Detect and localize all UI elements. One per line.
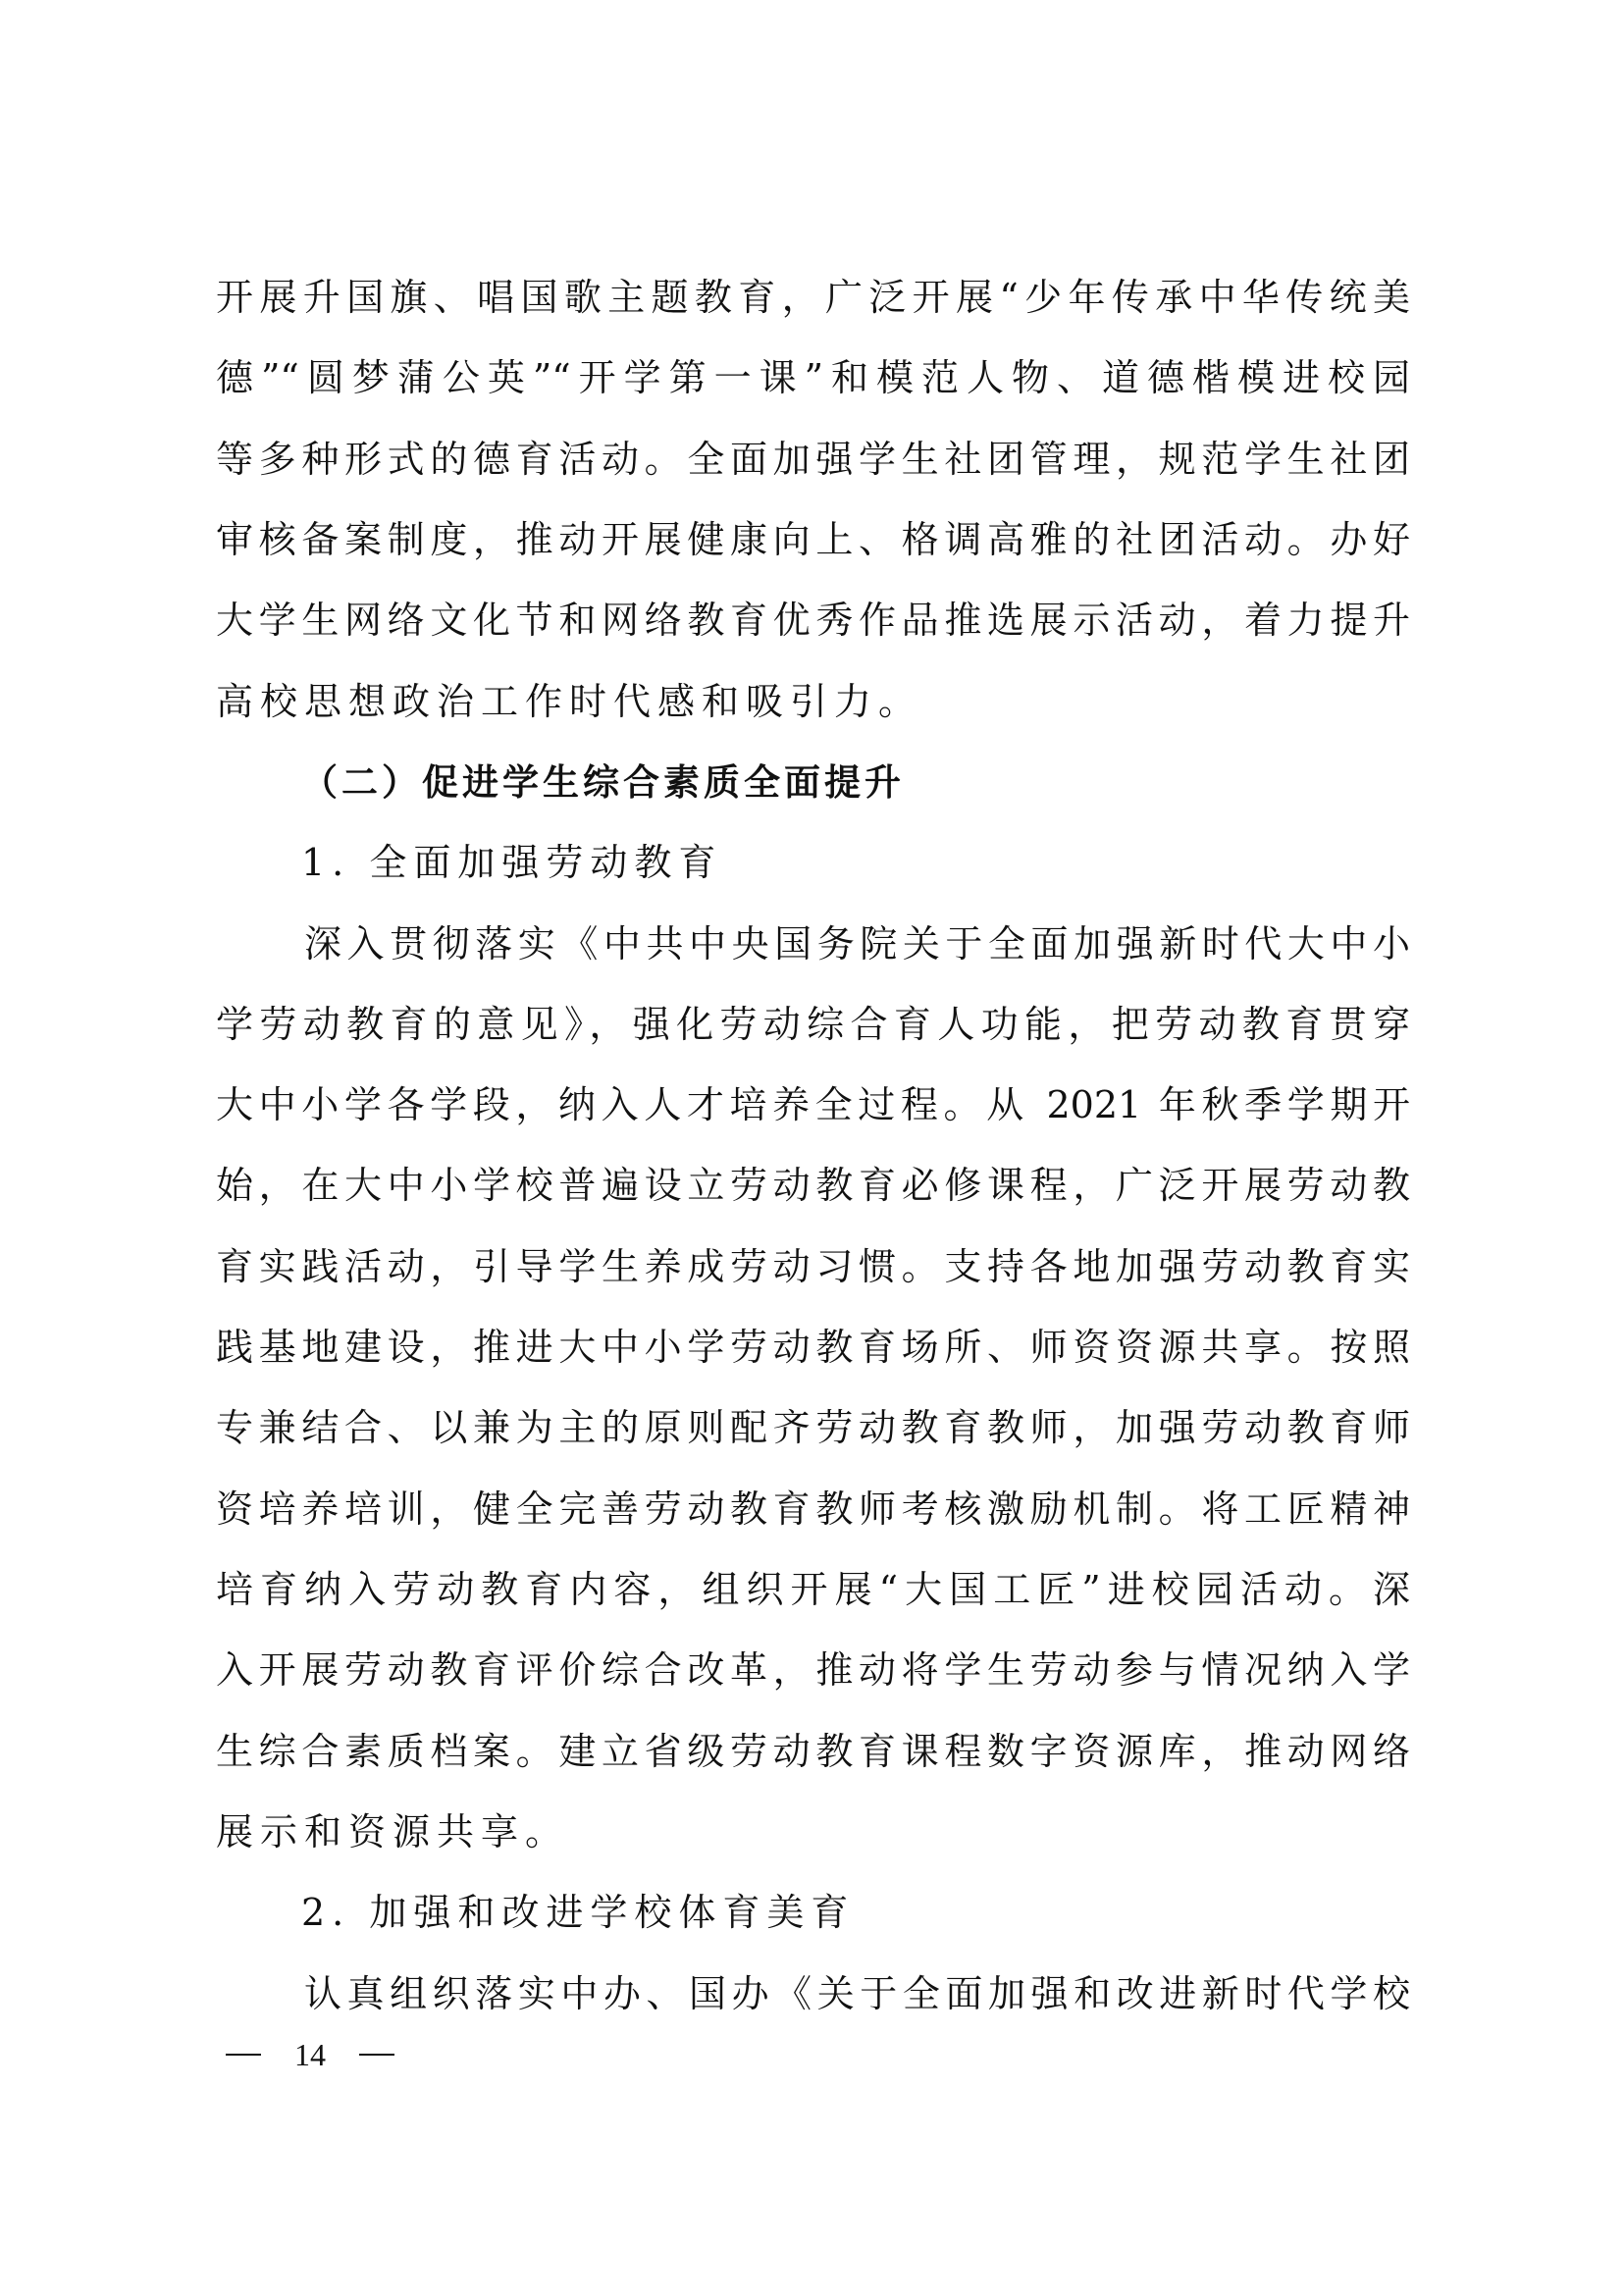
body-line: 生综合素质档案。建立省级劳动教育课程数字资源库，推动网络: [216, 1727, 1410, 1776]
body-line: 德”“圆梦蒲公英”“开学第一课”和模范人物、道德楷模进校园: [216, 353, 1410, 402]
body-line: 学劳动教育的意见》，强化劳动综合育人功能，把劳动教育贯穿: [216, 1000, 1410, 1049]
page-number-footer: 14: [226, 2035, 394, 2074]
section-heading: （二）促进学生综合素质全面提升: [301, 757, 905, 807]
page-number: 14: [294, 2035, 326, 2074]
body-line: 专兼结合、以兼为主的原则配齐劳动教育教师，加强劳动教育师: [216, 1403, 1410, 1452]
body-line: 入开展劳动教育评价综合改革，推动将学生劳动参与情况纳入学: [216, 1645, 1410, 1695]
body-line: 资培养培训，健全完善劳动教育教师考核激励机制。将工匠精神: [216, 1485, 1410, 1534]
subsection-heading-2: 2. 加强和改进学校体育美育: [301, 1888, 855, 1937]
body-line: 认真组织落实中办、国办《关于全面加强和改进新时代学校: [304, 1969, 1410, 2018]
body-line: 大中小学各学段，纳入人才培养全过程。从 2021 年秋季学期开: [216, 1080, 1410, 1129]
body-line: 开展升国旗、唱国歌主题教育，广泛开展“少年传承中华传统美: [216, 273, 1410, 322]
body-line: 深入贯彻落实《中共中央国务院关于全面加强新时代大中小: [304, 919, 1410, 968]
body-line: 育实践活动，引导学生养成劳动习惯。支持各地加强劳动教育实: [216, 1242, 1410, 1291]
dash-left-icon: [226, 2054, 261, 2056]
body-line: 高校思想政治工作时代感和吸引力。: [216, 677, 1410, 726]
body-line: 等多种形式的德育活动。全面加强学生社团管理，规范学生社团: [216, 435, 1410, 484]
body-line: 培育纳入劳动教育内容，组织开展“大国工匠”进校园活动。深: [216, 1565, 1410, 1614]
subsection-heading-1: 1. 全面加强劳动教育: [301, 838, 722, 887]
dash-right-icon: [359, 2054, 394, 2056]
body-line: 审核备案制度，推动开展健康向上、格调高雅的社团活动。办好: [216, 515, 1410, 564]
body-line: 始，在大中小学校普遍设立劳动教育必修课程，广泛开展劳动教: [216, 1161, 1410, 1210]
body-line: 践基地建设，推进大中小学劳动教育场所、师资资源共享。按照: [216, 1323, 1410, 1372]
body-line: 大学生网络文化节和网络教育优秀作品推选展示活动，着力提升: [216, 596, 1410, 645]
document-page: 开展升国旗、唱国歌主题教育，广泛开展“少年传承中华传统美 德”“圆梦蒲公英”“开…: [0, 0, 1624, 2296]
body-line: 展示和资源共享。: [216, 1807, 1410, 1856]
